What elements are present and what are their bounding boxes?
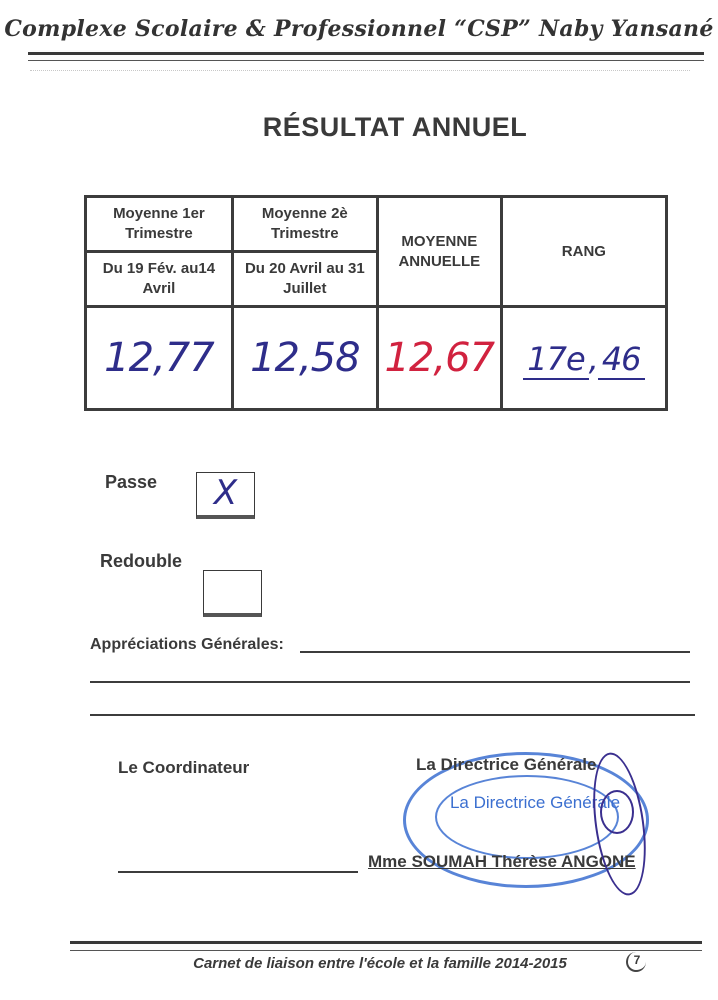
- t1-period-header: Du 19 Fév. au14 Avril: [86, 252, 233, 307]
- footer-rule-thin: [70, 950, 702, 951]
- appreciations-line-3[interactable]: [90, 714, 695, 716]
- rank-total: 46: [598, 340, 645, 380]
- annual-average-header: MOYENNE ANNUELLE: [377, 197, 501, 307]
- director-name: Mme SOUMAH Thérèse ANGONE: [368, 852, 636, 872]
- signature-loop-icon: [600, 790, 634, 834]
- director-label: La Directrice Générale: [416, 755, 596, 775]
- rank-header: RANG: [501, 197, 666, 307]
- coordinator-label: Le Coordinateur: [118, 758, 249, 778]
- t2-period-header: Du 20 Avril au 31 Juillet: [232, 252, 377, 307]
- pass-checkbox[interactable]: X: [196, 472, 255, 519]
- scan-noise: [30, 70, 690, 75]
- repeat-label: Redouble: [100, 551, 182, 572]
- footer-rule: [70, 941, 702, 944]
- annual-average-value: 12,67: [377, 307, 501, 410]
- rank-value: 17e,46: [501, 307, 666, 410]
- rank-position: 17e: [523, 340, 588, 380]
- page-title: RÉSULTAT ANNUEL: [0, 112, 718, 143]
- results-table: Moyenne 1er Trimestre Moyenne 2è Trimest…: [84, 195, 668, 411]
- footer-text: Carnet de liaison entre l'école et la fa…: [0, 955, 718, 972]
- pass-label: Passe: [105, 472, 157, 493]
- appreciations-label: Appréciations Générales:: [90, 636, 284, 654]
- school-stamp-inner: [435, 775, 619, 859]
- header-rule: [28, 52, 704, 55]
- header-rule-thin: [28, 60, 704, 61]
- appreciations-line-2[interactable]: [90, 681, 690, 683]
- t2-average-value: 12,58: [232, 307, 377, 410]
- coordinator-signature-line: [118, 871, 358, 873]
- check-mark-icon: X: [197, 473, 254, 515]
- repeat-checkbox[interactable]: [203, 570, 262, 617]
- page-number: 7: [626, 952, 646, 972]
- t2-title-header: Moyenne 2è Trimestre: [232, 197, 377, 252]
- appreciations-line-1[interactable]: [300, 651, 690, 653]
- school-name: Complexe Scolaire & Professionnel “CSP” …: [0, 16, 718, 42]
- t1-average-value: 12,77: [86, 307, 233, 410]
- t1-title-header: Moyenne 1er Trimestre: [86, 197, 233, 252]
